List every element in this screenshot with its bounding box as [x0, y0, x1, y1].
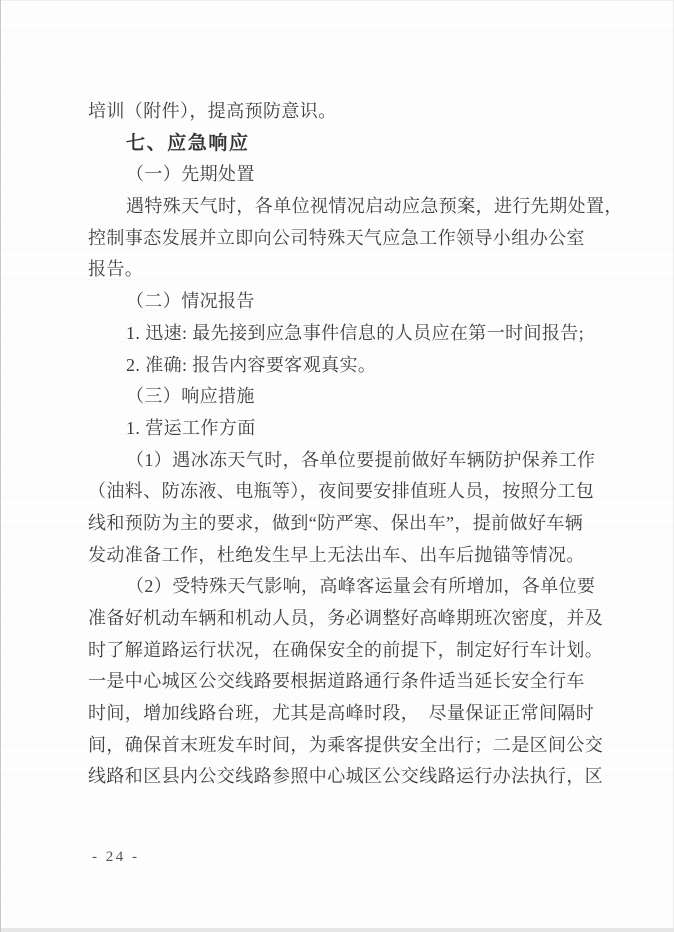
text-line: 1. 迅速: 最先接到应急事件信息的人员应在第一时间报告; — [88, 318, 588, 350]
text-line: 发动准备工作，杜绝发生早上无法出车、出车后抛锚等情况。 — [88, 540, 588, 572]
document-page: 培训（附件），提高预防意识。七、应急响应（一）先期处置遇特殊天气时，各单位视情况… — [0, 0, 674, 932]
text-line: （二）情况报告 — [88, 286, 588, 318]
text-line: 时了解道路运行状况，在确保安全的前提下，制定好行车计划。 — [88, 635, 588, 667]
text-line: 准备好机动车辆和机动人员，务必调整好高峰期班次密度，并及 — [88, 603, 588, 635]
text-line: 时间，增加线路台班，尤其是高峰时段， 尽量保证正常间隔时 — [88, 698, 588, 730]
text-line: 一是中心城区公交线路要根据道路通行条件适当延长安全行车 — [88, 666, 588, 698]
text-line: （一）先期处置 — [88, 159, 588, 191]
text-line: 1. 营运工作方面 — [88, 413, 588, 445]
page-number: - 24 - — [92, 849, 140, 866]
text-line: 线路和区县内公交线路参照中心城区公交线路运行办法执行，区 — [88, 761, 588, 793]
text-line: 控制事态发展并立即向公司特殊天气应急工作领导小组办公室 — [88, 223, 588, 255]
section-heading: 七、应急响应 — [88, 128, 588, 160]
text-line: 线和预防为主的要求，做到“防严寒、保出车”，提前做好车辆 — [88, 508, 588, 540]
text-line: （2）受特殊天气影响，高峰客运量会有所增加，各单位要 — [88, 571, 588, 603]
text-line: 培训（附件），提高预防意识。 — [88, 96, 588, 128]
text-line: （油料、防冻液、电瓶等），夜间要安排值班人员，按照分工包 — [88, 476, 588, 508]
text-line: （1）遇冰冻天气时，各单位要提前做好车辆防护保养工作 — [88, 445, 588, 477]
text-line: 报告。 — [88, 254, 588, 286]
text-line: 间，确保首末班发车时间，为乘客提供安全出行；二是区间公交 — [88, 730, 588, 762]
text-line: 遇特殊天气时，各单位视情况启动应急预案，进行先期处置， — [88, 191, 588, 223]
text-line: 2. 准确: 报告内容要客观真实。 — [88, 350, 588, 382]
document-body: 培训（附件），提高预防意识。七、应急响应（一）先期处置遇特殊天气时，各单位视情况… — [88, 96, 588, 793]
text-line: （三）响应措施 — [88, 381, 588, 413]
